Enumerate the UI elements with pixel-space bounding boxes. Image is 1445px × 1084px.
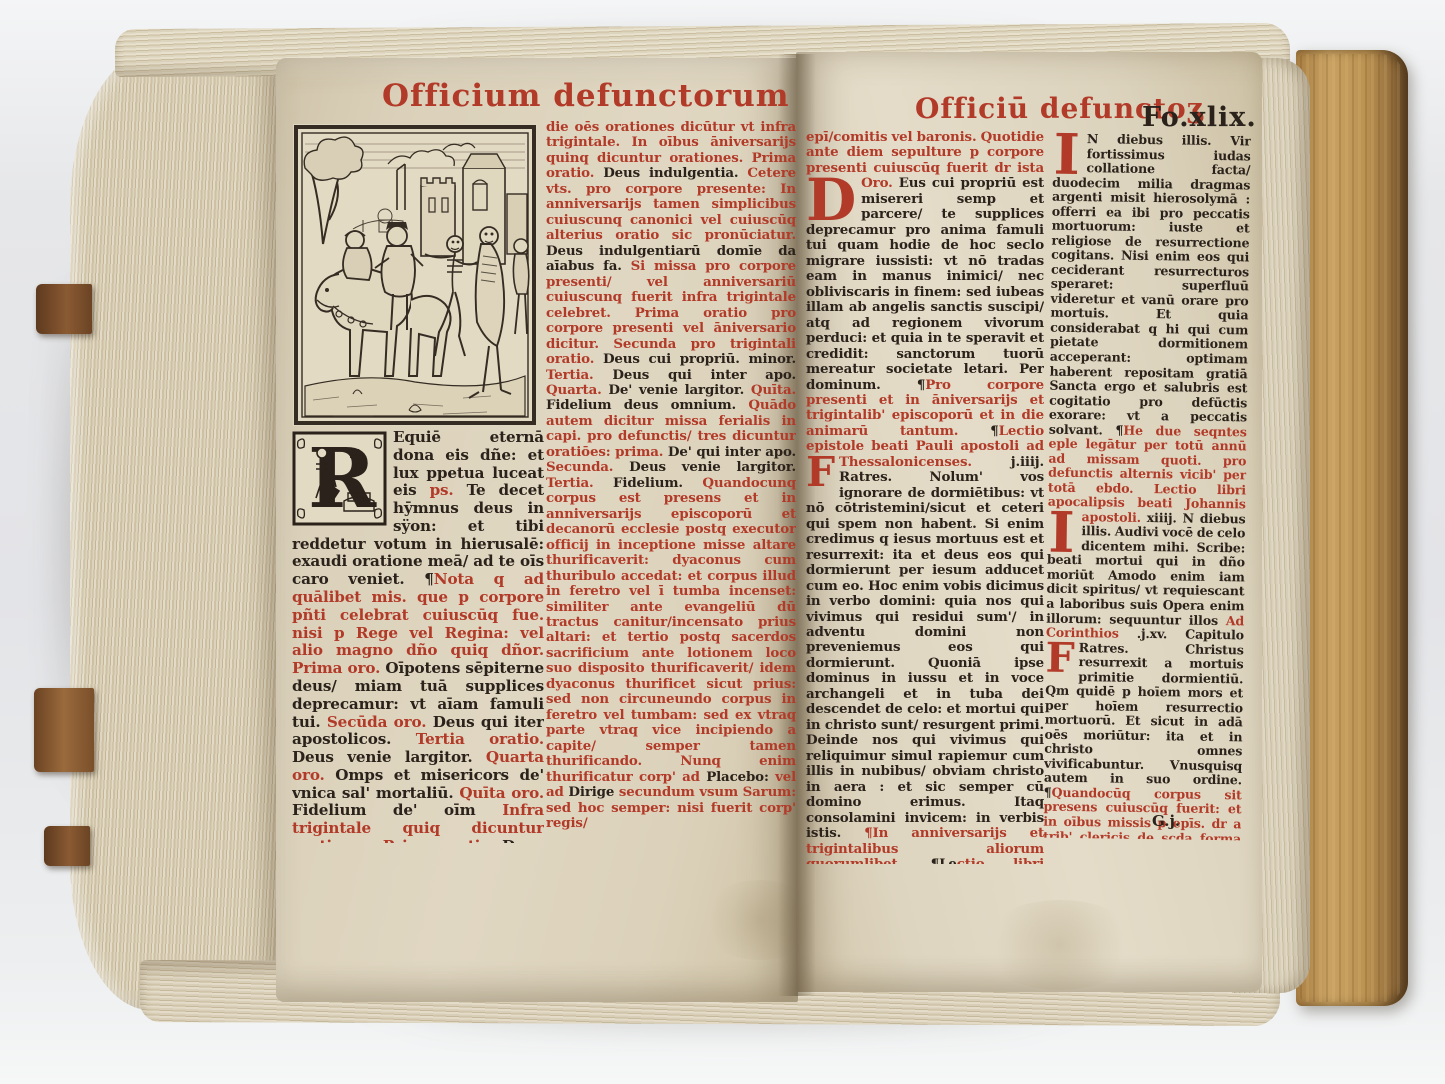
ink-text: De' qui inter apo. (668, 444, 796, 460)
ink-text: Placebo: (706, 769, 775, 785)
decorated-initial: F (1045, 640, 1078, 674)
ink-text: ¶Le (931, 856, 957, 864)
page-stain (700, 880, 820, 960)
rubric-text: Secūda oro. (327, 713, 433, 731)
right-page-column-1: epī/comitis vel baronis. Quotidie ante d… (806, 130, 1044, 864)
leather-clasp-remnant (36, 284, 92, 334)
decorated-initial: I (1052, 132, 1087, 176)
leather-clasp-remnant (34, 688, 94, 772)
left-running-title: Officium defunctorum (382, 78, 790, 114)
decorated-initial: F (806, 455, 839, 489)
ink-text: j.iiij. (1011, 454, 1044, 470)
ink-text: Deus cui propriū. minor. (603, 351, 796, 367)
ink-text: xiiij. (1147, 510, 1183, 525)
page-edge-stack-left (70, 48, 285, 1010)
ink-text: De' venie largitor. (608, 382, 751, 398)
rubric-text: Quīta. (751, 382, 796, 398)
ink-text: Fidelium de' oīm (292, 801, 502, 819)
leather-clasp-remnant (44, 826, 90, 866)
ink-text: Deus venie largitor. (629, 459, 796, 475)
initial-R-woodcut: R (292, 431, 387, 526)
death-woodcut (293, 124, 537, 426)
page-stain (980, 900, 1140, 990)
rubric-text: Quandocunq corpus est presens et in anni… (546, 475, 796, 785)
decorated-initial: I (1047, 509, 1082, 553)
ink-text: Deus qui inter apo. (612, 367, 796, 383)
rubric-text: Secunda. (546, 459, 629, 475)
rubric-text: Tertia. (546, 475, 613, 491)
ink-text: Deus indulgentia. (603, 165, 747, 181)
right-page-column-2: IN diebus illis. Vir fortissimus iudas c… (1043, 132, 1251, 841)
rubric-text: Tertia. (546, 367, 612, 383)
rubric-text: Tertia oratio. (416, 730, 544, 748)
rubric-text: Quandocūq corpus sit presens cuiuscūq fu… (1043, 785, 1242, 841)
wood-grain-texture (1300, 54, 1404, 1002)
rubric-text: ps. (430, 481, 467, 499)
initial-letter: R (308, 431, 377, 526)
ink-text: Dirige (568, 784, 619, 800)
death-woodcut-illustration (293, 124, 537, 426)
ink-text: Deus venie largitor. (292, 748, 486, 766)
left-page-column-1: R Equiē eternā dona eis dñe: et lux ppet… (292, 429, 544, 843)
left-page-column-2: die oēs orationes dicūtur vt infra trigi… (546, 120, 796, 842)
ink-text: N diebus illis. Vir fortissimus iudas co… (1049, 132, 1251, 438)
ink-text: Fidelium deus omnium. (546, 397, 748, 413)
ink-text: ¶ (990, 423, 998, 439)
ink-text: Fidelium. (613, 475, 702, 491)
rubric-text: Quīta oro. (459, 784, 544, 802)
signature-mark: G.j. (1152, 812, 1180, 830)
decorated-initial: D (806, 176, 861, 222)
rubric-text: Quarta. (546, 382, 608, 398)
folio-number: Fo.xlix. (1142, 102, 1257, 133)
ink-text: Ratres. Nolum' vos ignorare de dormiētib… (806, 469, 1044, 841)
